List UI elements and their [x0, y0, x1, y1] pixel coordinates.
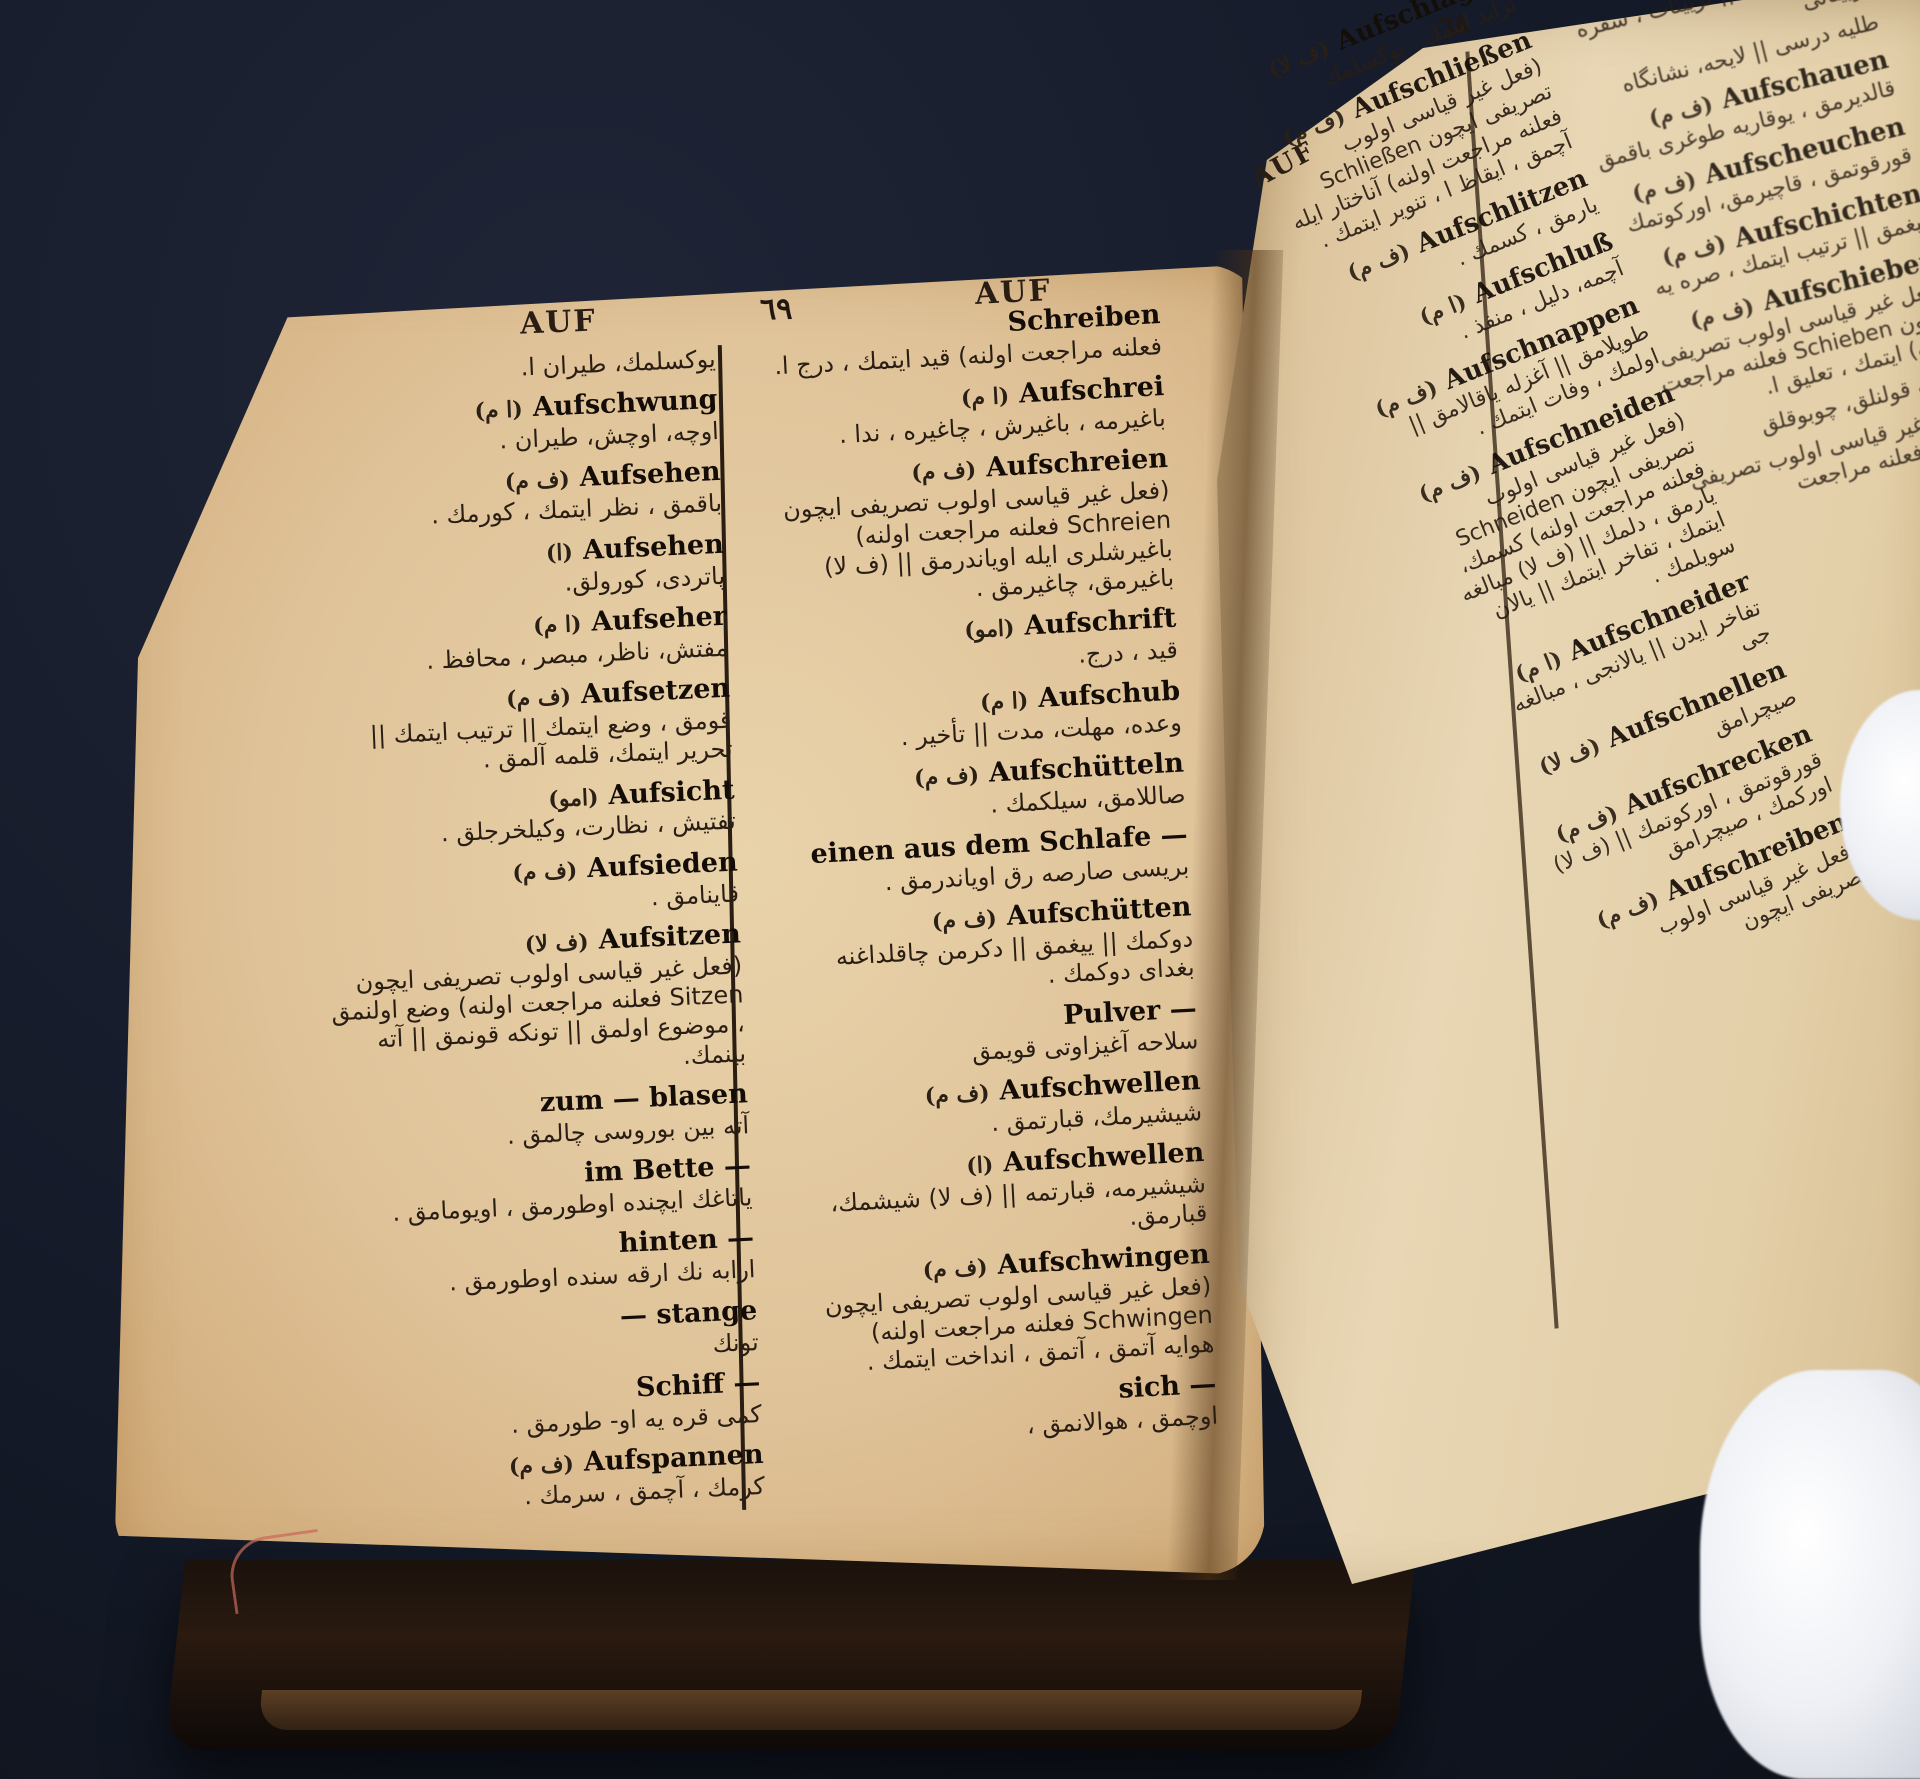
entry-grammar: (ف م) [924, 1080, 990, 1109]
headword-text: Aufsicht [608, 774, 735, 810]
dictionary-entry: (ف م)Aufsetzenقومق ، وضع ايتمك || ترتيب … [315, 673, 734, 782]
dictionary-entry: (ا)Aufsehenپاتردی، كورولق. [308, 528, 725, 608]
entry-grammar: (ا م) [979, 687, 1029, 715]
dictionary-entry: (ا م)Aufseherمفتش، ناظر، مبصر ، محافظ . [312, 601, 729, 681]
headword-text: Aufsetzen [580, 673, 730, 710]
dictionary-entry: (ف م)Aufspannenكرمك ، آچمق ، سرمك . [348, 1439, 765, 1519]
headword-text: Aufsehen [579, 456, 721, 493]
dictionary-entry: (ا م)Aufschreiباغيرمه ، باغيرش ، چاغيره … [764, 371, 1167, 454]
entry-grammar: (ف م) [506, 684, 572, 713]
entry-grammar: (ا م) [533, 611, 582, 639]
dictionary-entry: (ا م)Aufschwungاوچه، اوچش، طيران . [302, 384, 719, 464]
dictionary-entry: Schiff —كمی قره يه او- طورمق . [345, 1367, 762, 1447]
dictionary-entry: (ا)Aufschwellenشيشيرمه، قبارتمه || (ف لا… [804, 1137, 1208, 1249]
entry-grammar: (ا) [545, 539, 573, 566]
dictionary-entry: Pulver —سلاحه آغيزاوتی قويمق [796, 993, 1199, 1076]
headword-text: Aufschub [1037, 675, 1180, 713]
dictionary-entry: (ف م)Aufschüttenدوكمك || ييغمق || دكرمن … [791, 891, 1195, 1003]
entry-grammar: (امو) [548, 784, 599, 812]
headword-text: Aufseher [591, 601, 728, 638]
dictionary-entry: (ف م)Aufsiedenقاينامق . [322, 846, 739, 926]
left-page-column-2: Schreibenفعلنه مراجعت اولنه) قيد ايتمك ،… [760, 299, 1219, 1462]
entry-grammar: (ف م) [504, 467, 570, 496]
entry-grammar: (ا) [966, 1152, 994, 1179]
entry-grammar: (ف م) [913, 762, 979, 791]
dictionary-entry: (ف م)Aufschwellenشيشيرمك، قبارتمق . [800, 1065, 1203, 1148]
entry-grammar: (ف م) [931, 906, 997, 935]
entry-grammar: (ف م) [922, 1254, 988, 1283]
entry-grammar: (ف م) [512, 857, 578, 886]
photo-scene: AUF ٦٩ AUF يوكسلمك، طيران ا. (ا م)Aufsch… [0, 0, 1920, 1779]
entry-grammar: (ا م) [474, 397, 523, 425]
dictionary-entry: (ف م)Aufsehenباقمق ، نظر ايتمك ، كورمك . [305, 456, 722, 536]
dictionary-entry: — stangeتونك [342, 1295, 759, 1375]
headword-text: Aufspannen [583, 1439, 764, 1478]
dictionary-entry: (امو)Aufschriftقيد ، درج. [776, 603, 1179, 686]
dictionary-entry: zum — blasenآته بين بوروسی چالمق . [332, 1078, 749, 1158]
left-running-head: AUF [519, 303, 597, 341]
entry-grammar: (ف م) [911, 457, 977, 486]
entry-gloss: (فعل غير قياسی اولوب تصريفی ايچون Schrei… [769, 476, 1175, 614]
dictionary-entry: im Bette —ياتاغك ايچنده اوطورمق ، اويوما… [336, 1150, 753, 1230]
headword-text: Aufsehen [582, 528, 724, 565]
dictionary-entry: (ف م)Aufschreien(فعل غير قياسی اولوب تصر… [768, 443, 1175, 614]
entry-grammar: (ف لا) [524, 929, 589, 958]
entry-grammar: (ا م) [960, 383, 1010, 411]
book-page-edges [258, 1690, 1362, 1730]
dictionary-entry: (ف م)Aufschwingen(فعل غير قياسی اولوب تص… [809, 1238, 1215, 1380]
dictionary-entry: (امو)Aufsichtتفتيش ، نظارت، وكيلخرجلق . [319, 774, 736, 854]
dictionary-entry: (ف لا)Aufsitzen(فعل غير قياسی اولوب تصري… [325, 918, 746, 1086]
left-page-column-1: يوكسلمك، طيران ا. (ا م)Aufschwungاوچه، ا… [300, 345, 766, 1529]
dictionary-entry: sich —اوچمق ، هوالانمق ، [816, 1369, 1219, 1452]
dictionary-entry: einen aus dem Schlafe —بريسی صارصه رق او… [787, 819, 1190, 902]
dictionary-entry: (ا م)Aufschubوعده، مهلت، مدت || تأخير . [780, 675, 1183, 758]
entry-gloss: (فعل غير قياسی اولوب تصريفی ايچون Sitzen… [327, 951, 747, 1086]
red-pencil-mark [225, 1529, 327, 1614]
headword-text: Aufsieden [586, 846, 738, 884]
white-glove-hand [1700, 1370, 1920, 1779]
entry-grammar: (ف م) [508, 1451, 574, 1480]
headword-text: Aufschrei [1018, 371, 1165, 410]
dictionary-entry: (ف م)Aufschüttelnصاللامق، سيلكمك . [783, 747, 1186, 830]
dictionary-entry: hinten —ارابه نك ارقه سنده اوطورمق . [339, 1223, 756, 1303]
headword-text: Aufsitzen [598, 918, 741, 955]
entry-grammar: (امو) [964, 616, 1015, 645]
